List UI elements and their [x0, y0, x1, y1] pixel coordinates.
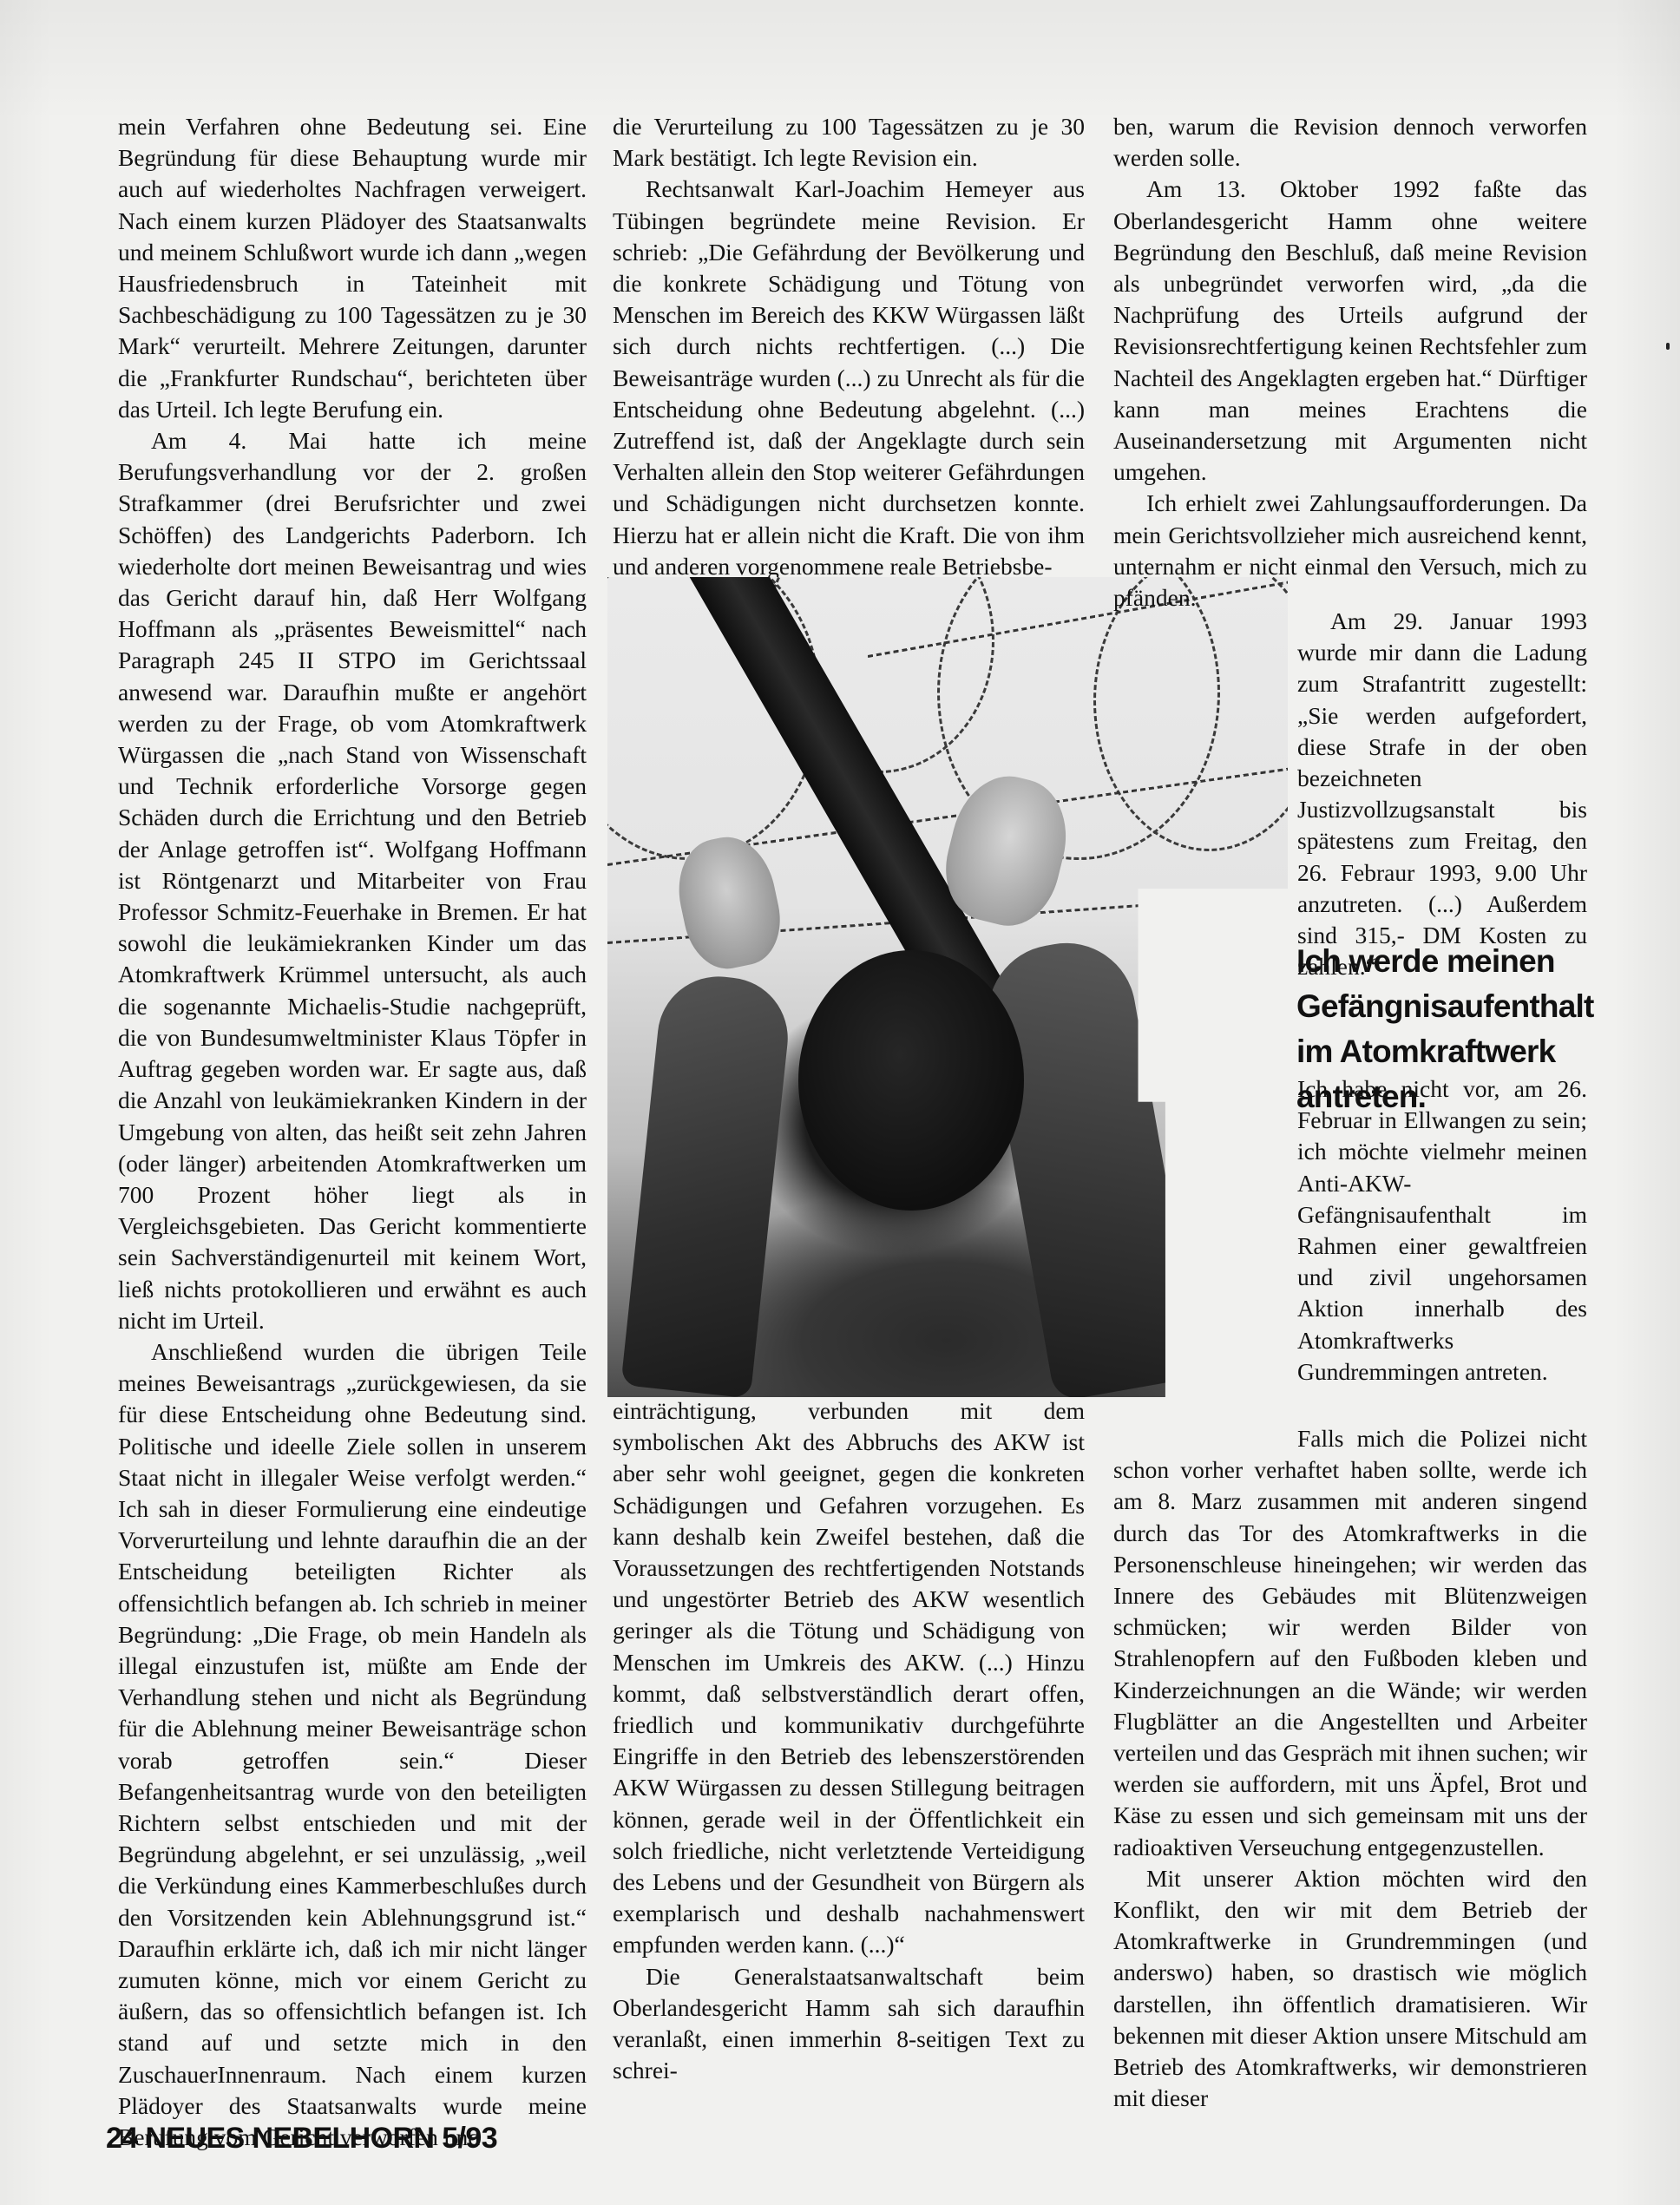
paragraph: Ich habe nicht vor, am 26. Februar in El…	[1297, 1073, 1587, 1388]
paragraph: Am 4. Mai hatte ich meine Berufungsverha…	[118, 425, 587, 1336]
page-footer: 24 NEUES NEBELHORN 5/93	[106, 2122, 497, 2156]
paragraph: Mit unserer Aktion möchten wird den Konf…	[1113, 1863, 1587, 2115]
paragraph: die Verurteilung zu 100 Tagessätzen zu j…	[613, 111, 1085, 174]
paragraph: Anschließend wurden die übrigen Teile me…	[118, 1336, 587, 2153]
paragraph: mein Verfahren ohne Bedeutung sei. Eine …	[118, 111, 587, 425]
magazine-page: mein Verfahren ohne Bedeutung sei. Eine …	[0, 0, 1680, 2205]
article-column-3-narrow: Am 29. Januar 1993 wurde mir dann die La…	[1297, 606, 1587, 982]
fence-post	[1215, 1063, 1224, 1397]
paragraph: Am 13. Oktober 1992 faßte das Oberlandes…	[1113, 174, 1587, 488]
paragraph: Am 29. Januar 1993 wurde mir dann die La…	[1297, 606, 1587, 982]
right-arm	[977, 932, 1201, 1397]
paragraph: Rechtsanwalt Karl-Joachim Hemeyer aus Tü…	[613, 174, 1085, 582]
article-column-3-narrow-2: Ich habe nicht vor, am 26. Februar in El…	[1297, 1073, 1587, 1388]
fence-post	[1250, 1063, 1258, 1397]
article-column-3-top: ben, warum die Revision dennoch verworfe…	[1113, 111, 1587, 614]
paragraph: einträchtigung, verbunden mit dem symbol…	[613, 1395, 1085, 1961]
article-column-3-bottom: Falls mich die Polizei nicht schon vorhe…	[1113, 1423, 1587, 2114]
knit-cap-head	[798, 950, 1024, 1211]
paragraph: Die Generalstaatsanwaltschaft beim Oberl…	[613, 1961, 1085, 2087]
scan-artifact	[1666, 343, 1670, 350]
article-column-2-bottom: einträchtigung, verbunden mit dem symbol…	[613, 1395, 1085, 2086]
paragraph: Ich erhielt zwei Zahlungsaufforderungen.…	[1113, 488, 1587, 614]
paragraph: ben, warum die Revision dennoch verworfe…	[1113, 111, 1587, 174]
article-column-2-top: die Verurteilung zu 100 Tagessätzen zu j…	[613, 111, 1085, 582]
protest-photo	[607, 577, 1288, 1397]
left-arm	[620, 970, 793, 1397]
article-column-1: mein Verfahren ohne Bedeutung sei. Eine …	[118, 111, 587, 2153]
paragraph: Falls mich die Polizei nicht schon vorhe…	[1113, 1423, 1587, 1863]
